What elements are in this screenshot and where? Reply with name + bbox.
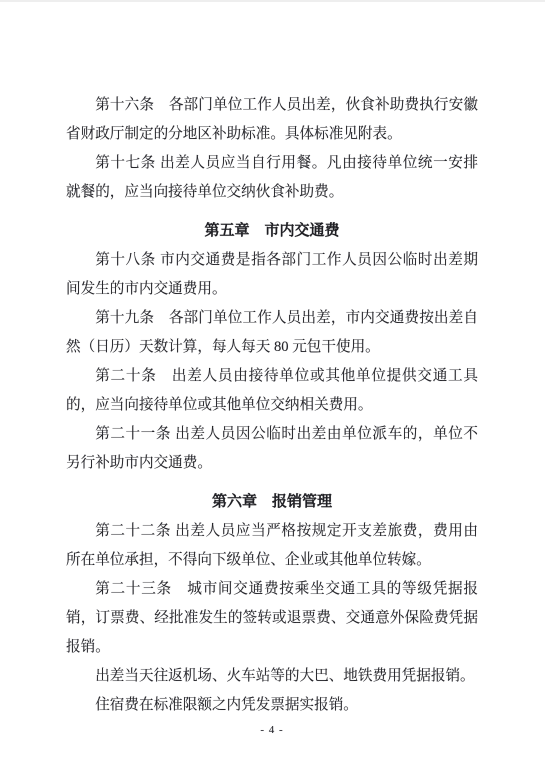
document-body: 第十六条 各部门单位工作人员出差，伙食补助费执行安徽省财政厅制定的分地区补助标准… <box>66 91 478 736</box>
article-17-paragraph: 第十七条 出差人员应当自行用餐。凡由接待单位统一安排就餐的，应当向接待单位交纳伙… <box>66 149 478 207</box>
article-18-paragraph: 第十八条 市内交通费是指各部门工作人员因公临时出差期间发生的市内交通费用。 <box>66 246 478 304</box>
airport-transit-paragraph: 出差当天往返机场、火车站等的大巴、地铁费用凭据报销。 <box>66 662 478 691</box>
article-21-paragraph: 第二十一条 出差人员因公临时出差由单位派车的，单位不另行补助市内交通费。 <box>66 420 478 478</box>
article-23-paragraph: 第二十三条 城市间交通费按乘坐交通工具的等级凭据报销，订票费、经批准发生的签转或… <box>66 575 478 662</box>
article-19-paragraph: 第十九条 各部门单位工作人员出差，市内交通费按出差自然（日历）天数计算，每人每天… <box>66 304 478 362</box>
article-20-paragraph: 第二十条 出差人员由接待单位或其他单位提供交通工具的，应当向接待单位或其他单位交… <box>66 362 478 420</box>
document-page: 第十六条 各部门单位工作人员出差，伙食补助费执行安徽省财政厅制定的分地区补助标准… <box>0 0 545 769</box>
article-22-paragraph: 第二十二条 出差人员应当严格按规定开支差旅费，费用由所在单位承担，不得向下级单位… <box>66 517 478 575</box>
page-number: - 4 - <box>66 724 478 736</box>
chapter-6-heading: 第六章 报销管理 <box>66 488 478 517</box>
lodging-reimbursement-paragraph: 住宿费在标准限额之内凭发票据实报销。 <box>66 691 478 720</box>
chapter-5-heading: 第五章 市内交通费 <box>66 217 478 246</box>
article-16-paragraph: 第十六条 各部门单位工作人员出差，伙食补助费执行安徽省财政厅制定的分地区补助标准… <box>66 91 478 149</box>
